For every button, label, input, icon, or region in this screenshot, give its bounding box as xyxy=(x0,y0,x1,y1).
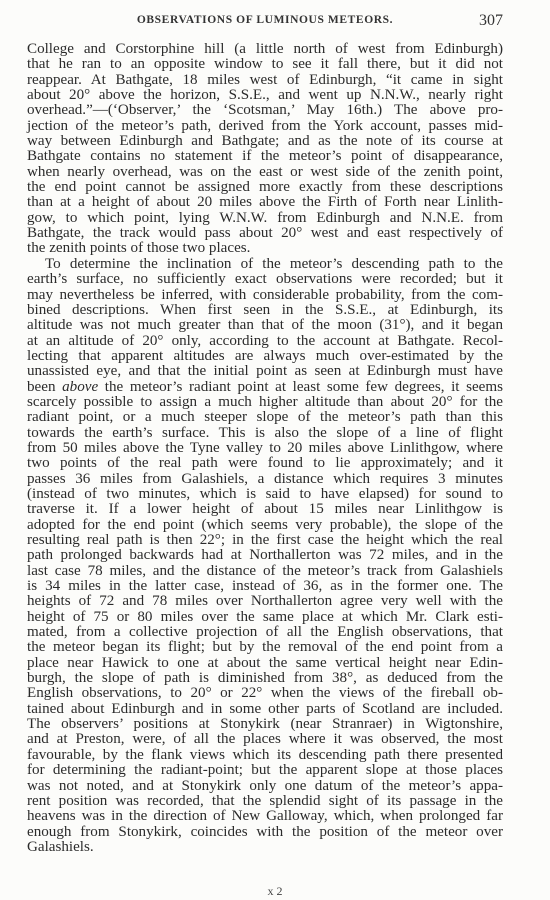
text-line: is 34 miles in the latter case, instead … xyxy=(27,579,503,594)
text-line: and at Preston, were, of all the places … xyxy=(27,732,503,747)
text-line: two points of the real path were found t… xyxy=(27,456,503,471)
paragraph-end-line xyxy=(27,855,503,870)
text-line: traverse it. If a lower height of about … xyxy=(27,502,503,517)
text-line: rent position was recorded, that the spl… xyxy=(27,794,503,809)
text-line: last case 78 miles, and the distance of … xyxy=(27,564,503,579)
paragraph-end-line: the zenith points of those two places. xyxy=(27,241,503,256)
text-line: The observers’ positions at Stonykirk (n… xyxy=(27,717,503,732)
body-text: College and Corstorphine hill (a little … xyxy=(27,42,503,871)
text-line: when nearly overhead, was on the east or… xyxy=(27,165,503,180)
text-line: College and Corstorphine hill (a little … xyxy=(27,42,503,57)
running-head: OBSERVATIONS OF LUMINOUS METEORS. 307 xyxy=(27,14,503,30)
text-line: adopted for the end point (which seems v… xyxy=(27,518,503,533)
text-line: reappear. At Bathgate, 18 miles west of … xyxy=(27,73,503,88)
text-line: heavens was in the direction of New Gall… xyxy=(27,809,503,824)
text-line: place near Hawick to one at about the sa… xyxy=(27,656,503,671)
text-line: mated, from a collective projection of a… xyxy=(27,625,503,640)
text-line: heights of 72 and 78 miles over Northall… xyxy=(27,594,503,609)
text-line: the end point cannot be assigned more ex… xyxy=(27,180,503,195)
text-line: earth’s surface, no sufficiently exact o… xyxy=(27,272,503,287)
text-line: towards the earth’s surface. This is als… xyxy=(27,426,503,441)
text-line: overhead.”—(‘Observer,’ the ‘Scotsman,’ … xyxy=(27,103,503,118)
text-line-with-italic: been above the meteor’s radiant point at… xyxy=(27,380,503,395)
text-fragment: been xyxy=(27,379,62,395)
text-line: radiant point, or a much steeper slope o… xyxy=(27,410,503,425)
text-line: enough from Stonykirk, coincides with th… xyxy=(27,825,503,840)
text-line: jection of the meteor’s path, derived fr… xyxy=(27,119,503,134)
text-line: for determining the radiant-point; but t… xyxy=(27,763,503,778)
text-line: passes 36 miles from Galashiels, a dista… xyxy=(27,472,503,487)
text-line: bined descriptions. When first seen in t… xyxy=(27,303,503,318)
text-line: may nevertheless be inferred, with consi… xyxy=(27,288,503,303)
text-line: Galashiels. xyxy=(27,840,503,855)
text-line: the meteor began its flight; but by the … xyxy=(27,640,503,655)
text-line: Bathgate contains no statement if the me… xyxy=(27,149,503,164)
document-page: OBSERVATIONS OF LUMINOUS METEORS. 307 Co… xyxy=(0,0,550,900)
text-line: burgh, the slope of path is diminished f… xyxy=(27,671,503,686)
text-line: about 20° above the horizon, S.S.E., and… xyxy=(27,88,503,103)
signature-mark: x 2 xyxy=(0,884,550,899)
text-line: path prolonged backwards had at Northall… xyxy=(27,548,503,563)
text-line: that he ran to an opposite window to see… xyxy=(27,57,503,72)
paragraph-start-line: To determine the inclination of the mete… xyxy=(27,257,503,272)
text-fragment: the meteor’s radiant point at least some… xyxy=(98,379,503,395)
text-line: from 50 miles above the Tyne valley to 2… xyxy=(27,441,503,456)
text-line: way between Edinburgh and Bathgate; and … xyxy=(27,134,503,149)
italic-word: above xyxy=(62,379,98,395)
text-line: resulting real path is then 22°; in the … xyxy=(27,533,503,548)
text-line: Bathgate, the track would pass about 20°… xyxy=(27,226,503,241)
text-line: unassisted eye, and that the initial poi… xyxy=(27,364,503,379)
text-line: at an altitude of 20° only, according to… xyxy=(27,334,503,349)
text-line: English observations, to 20° or 22° when… xyxy=(27,686,503,701)
text-line: scarcely possible to assign a much highe… xyxy=(27,395,503,410)
running-title: OBSERVATIONS OF LUMINOUS METEORS. xyxy=(27,14,503,26)
page-number: 307 xyxy=(479,12,503,30)
text-line: favourable, by the flank views which its… xyxy=(27,748,503,763)
text-line: tained about Edinburgh and in some other… xyxy=(27,702,503,717)
text-line: (instead of two minutes, which is said t… xyxy=(27,487,503,502)
text-line: gow, to which point, lying W.N.W. from E… xyxy=(27,211,503,226)
text-line: altitude was not much greater than that … xyxy=(27,318,503,333)
text-line: lecting that apparent altitudes are alwa… xyxy=(27,349,503,364)
text-line: height of 75 or 80 miles over the same p… xyxy=(27,610,503,625)
text-line: than at a height of about 20 miles above… xyxy=(27,195,503,210)
text-line: was not noted, and at Stonykirk only one… xyxy=(27,779,503,794)
